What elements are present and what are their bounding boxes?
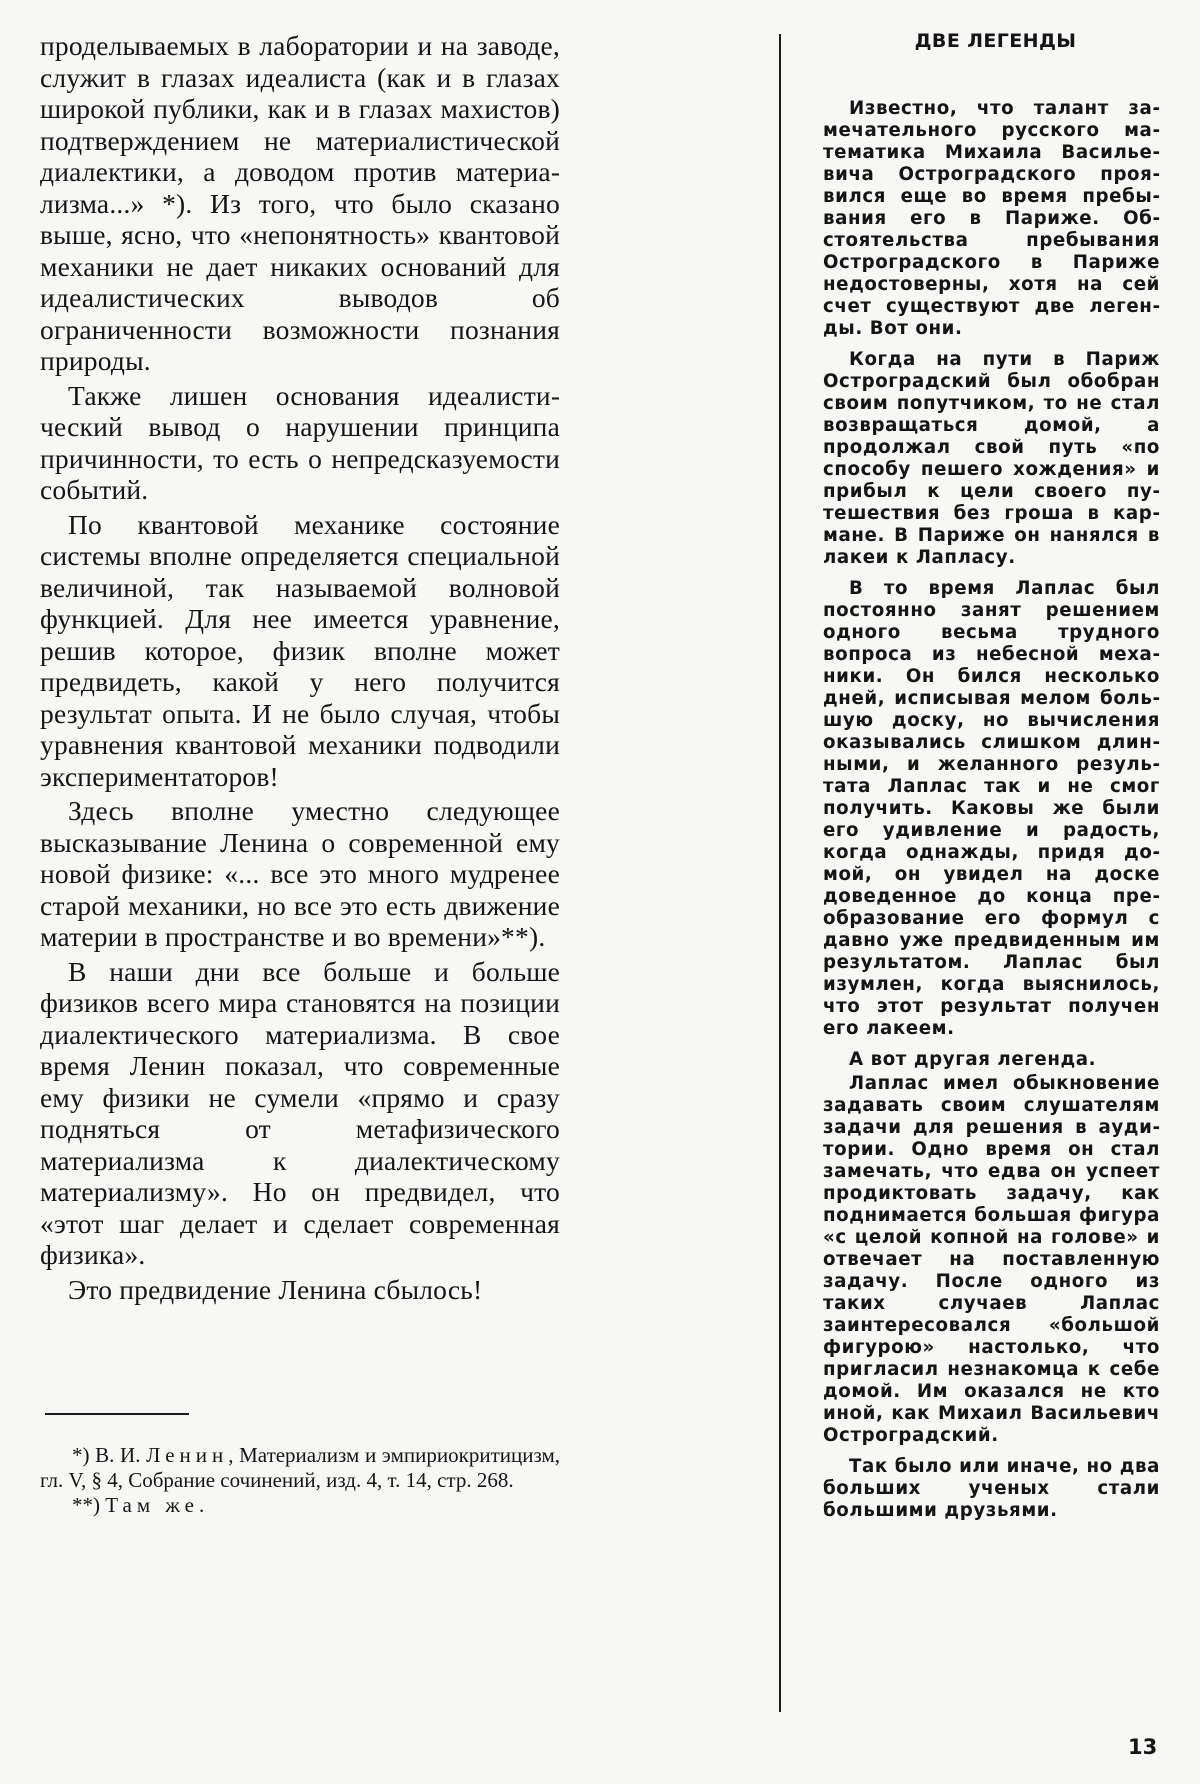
sidebar-paragraph: Известно, что талант за­мечательного рус…	[823, 98, 1160, 340]
sidebar-story: ДВЕ ЛЕГЕНДЫ Известно, что талант за­меча…	[823, 30, 1160, 1531]
main-article-column: проделываемых в лаборатории и на заводе,…	[40, 30, 560, 1308]
page-number: 13	[1128, 1735, 1157, 1759]
sidebar-paragraph: Когда на пути в Париж Остроградский был …	[823, 349, 1160, 569]
sidebar-title: ДВЕ ЛЕГЕНДЫ	[823, 30, 1160, 52]
sidebar-paragraph: Так было или иначе, но два больших учены…	[823, 1456, 1160, 1522]
footnote-marker: **)	[72, 1493, 100, 1517]
sidebar-paragraph: В то время Лаплас был постоянно занят ре…	[823, 578, 1160, 1040]
article-paragraph: Это предвидение Ленина сбылось!	[40, 1274, 560, 1306]
article-paragraph: Также лишен основания идеалисти­ческий в…	[40, 380, 560, 506]
footnote-marker: *)	[72, 1443, 90, 1467]
footnote-separator	[45, 1413, 189, 1415]
footnote-1: *) В. И. Ленин, Материализм и эмпи­риокр…	[40, 1443, 560, 1493]
article-paragraph: По квантовой механике состояние системы …	[40, 509, 560, 793]
sidebar-paragraph: Лаплас имел обыкновение задавать своим с…	[823, 1073, 1160, 1447]
footnote-2: **) Там же.	[40, 1493, 560, 1518]
sidebar-paragraph: А вот другая легенда.	[823, 1049, 1160, 1071]
article-paragraph: проделываемых в лаборатории и на заводе,…	[40, 30, 560, 377]
document-page: проделываемых в лаборатории и на заводе,…	[0, 0, 1200, 1784]
footnotes: *) В. И. Ленин, Материализм и эмпи­риокр…	[40, 1443, 560, 1518]
footnote-author-initials: В. И.	[95, 1443, 140, 1467]
article-paragraph: Здесь вполне уместно следующее высказыва…	[40, 795, 560, 953]
column-divider	[779, 34, 781, 1712]
footnote-text: Там же.	[105, 1493, 209, 1517]
article-paragraph: В наши дни все больше и больше физиков в…	[40, 956, 560, 1271]
footnote-author-name: Ленин	[146, 1443, 228, 1467]
